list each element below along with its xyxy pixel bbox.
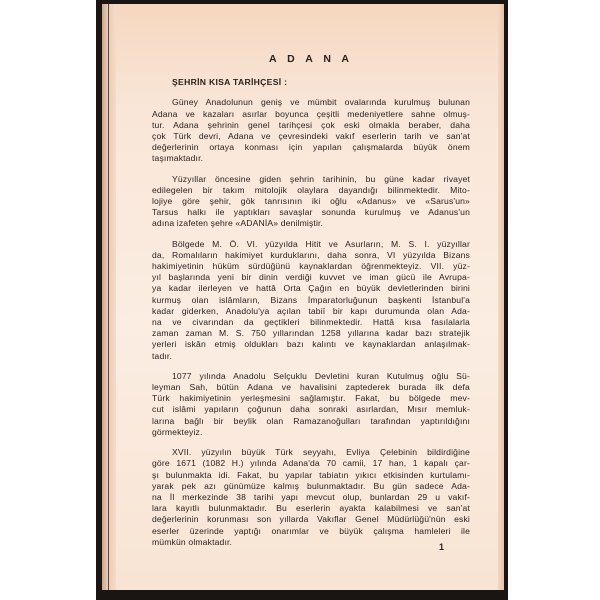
text-line: mümkün olmaktadır. <box>152 537 470 548</box>
text-line: na ve civarından da geçtikleri bilinmekt… <box>152 317 470 328</box>
paragraph: Güney Anadolunun geniş ve mümbit ovaları… <box>152 97 470 164</box>
text-line: tadır. <box>152 351 470 362</box>
text-line: Adana ve kazaları asırlar boyunca çeşitl… <box>152 109 470 120</box>
section-heading: ŞEHRİN KISA TARİHÇESİ : <box>172 77 470 88</box>
text-line: göre 1671 (1082 H.) yılında Adana'da 70 … <box>152 458 470 469</box>
text-line: cut islâmi yapıların çoğunun daha sonrak… <box>152 404 470 415</box>
text-line: kadar giderken, Anadolu'ya açılan tabiî … <box>152 306 470 317</box>
book-page: A D A N A ŞEHRİN KISA TARİHÇESİ : Güney … <box>102 4 504 590</box>
text-line: Bölgede M. Ö. VI. yüzyılda Hitit ve Asur… <box>152 239 470 250</box>
text-line: leyman Sah, bütün Adana ve havalisini za… <box>152 382 470 393</box>
page-binding <box>102 4 116 590</box>
text-line: Yüzyıllar öncesine giden şehrin tarihini… <box>152 174 470 185</box>
paragraph: 1077 yılında Anadolu Selçuklu Devletini … <box>152 371 470 438</box>
paragraph: Bölgede M. Ö. VI. yüzyılda Hitit ve Asur… <box>152 239 470 362</box>
page-edge <box>498 4 504 590</box>
text-line: yıl başlarında yeni bir dinin verdiği ku… <box>152 272 470 283</box>
text-line: tur. Adana şehrinin genel tarihçesi çok … <box>152 120 470 131</box>
text-line: eserler üzerinde yaptığı onarımlar ve bü… <box>152 526 470 537</box>
text-line: zaman zaman M. S. 750 yıllarından 1258 y… <box>152 328 470 339</box>
text-line: değerlerinin korunması son yıllarda Vakı… <box>152 514 470 525</box>
text-line: kurmuş olan islâmların, Bizans İmparator… <box>152 295 470 306</box>
text-line: na İl merkezinde 38 tarihi yapı mevcut o… <box>152 492 470 503</box>
text-line: da, Romalıların hakimiyet kurduklarını, … <box>152 250 470 261</box>
page-content: A D A N A ŞEHRİN KISA TARİHÇESİ : Güney … <box>152 54 470 557</box>
text-line: yerleri iskân etmiş oldukları bazı kalın… <box>152 339 470 350</box>
text-line: edilegelen bir takım mitolojik olaylara … <box>152 185 470 196</box>
text-line: Tarsus halkı ile yaptıkları savaşlar son… <box>152 207 470 218</box>
text-line: adına izafeten şehre «ADANİA» denilmişti… <box>152 218 470 229</box>
body-text: Güney Anadolunun geniş ve mümbit ovaları… <box>152 97 470 548</box>
text-line: taşımaktadır. <box>152 153 470 164</box>
text-line: lojiye göre şehir, gök tanrısının iki oğ… <box>152 196 470 207</box>
text-line: larına bağlı bir beylik olan Ramazanoğul… <box>152 416 470 427</box>
text-line: yarak pek azı günümüze kalmış bulunmakta… <box>152 481 470 492</box>
text-line: şı bulunmakta idi. Fakat, bu yapılar tab… <box>152 470 470 481</box>
text-line: ya kadar ilerleyen ve hattâ Orta Çağın e… <box>152 283 470 294</box>
text-line: 1077 yılında Anadolu Selçuklu Devletini … <box>152 371 470 382</box>
text-line: görmekteyiz. <box>152 427 470 438</box>
binding-fold-line <box>108 4 109 590</box>
page-number: 1 <box>439 542 444 552</box>
page-title: A D A N A <box>152 54 470 65</box>
text-line: Türk hakimiyetinin yerleşmesini sağlamış… <box>152 393 470 404</box>
paragraph: Yüzyıllar öncesine giden şehrin tarihini… <box>152 174 470 230</box>
text-line: XVII. yüzyılın büyük Türk seyyahı, Evliy… <box>152 447 470 458</box>
text-line: Güney Anadolunun geniş ve mümbit ovaları… <box>152 97 470 108</box>
text-line: değerlerinin ortaya konması için yapılan… <box>152 142 470 153</box>
text-line: hakimiyetinin hüküm sürdüğünü kaynaklard… <box>152 261 470 272</box>
text-line: çok Türk devri, Adana ve çevresindeki va… <box>152 131 470 142</box>
paragraph: XVII. yüzyılın büyük Türk seyyahı, Evliy… <box>152 447 470 548</box>
text-line: lara kayıtlı bulunmaktadır. Bu eserlerin… <box>152 503 470 514</box>
